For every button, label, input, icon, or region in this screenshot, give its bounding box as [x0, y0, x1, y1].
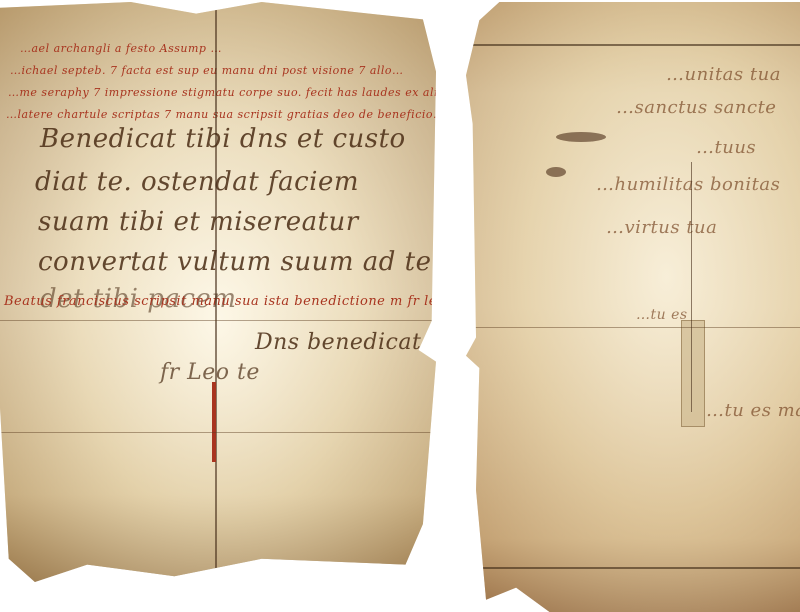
stain: [556, 132, 606, 142]
faded-line: …tu es magnus: [706, 400, 800, 421]
rule-line: [466, 44, 800, 46]
faded-line: …virtus tua: [606, 217, 717, 238]
main-text-line: diat te. ostendat faciem: [35, 167, 359, 197]
red-mark: [212, 382, 216, 462]
main-text-line: Benedicat tibi dns et custo: [40, 124, 406, 154]
stain: [546, 167, 566, 177]
fold-crease: [0, 320, 436, 321]
fold-crease: [466, 327, 800, 328]
rubric-line: …latere chartule scriptas 7 manu sua scr…: [6, 108, 436, 121]
rubric-line: …ael archangli a festo Assump …: [20, 42, 222, 55]
faded-line: …sanctus sancte: [616, 97, 776, 118]
faded-line: …tuus: [696, 137, 756, 158]
faded-line: …tu es: [636, 307, 688, 323]
manuscript-leaf-left: …ael archangli a festo Assump … …ichael …: [0, 2, 436, 582]
fold-crease: [691, 162, 692, 412]
manuscript-leaf-right: …unitas tua …sanctus sancte …tuus …humil…: [466, 2, 800, 612]
blessing-line: fr Leo te: [160, 360, 260, 385]
main-text-line: convertat vultum suum ad te et: [38, 247, 436, 277]
repair-strip: [681, 320, 705, 427]
faded-line: …humilitas bonitas: [596, 174, 780, 195]
rubric-line: …me seraphy 7 impressione stigmatu corpe…: [8, 86, 436, 99]
rule-line: [466, 567, 800, 569]
fold-crease: [215, 2, 217, 582]
bottom-rubric: Beatus franciscus scripsit manu sua ista…: [4, 294, 436, 309]
rubric-line: …ichael septeb. 7 facta est sup eu manu …: [10, 64, 404, 77]
main-text-line: suam tibi et misereatur: [38, 207, 359, 237]
fold-crease: [0, 432, 436, 433]
blessing-line: Dns benedicat: [255, 330, 421, 355]
faded-line: …unitas tua: [666, 64, 781, 85]
